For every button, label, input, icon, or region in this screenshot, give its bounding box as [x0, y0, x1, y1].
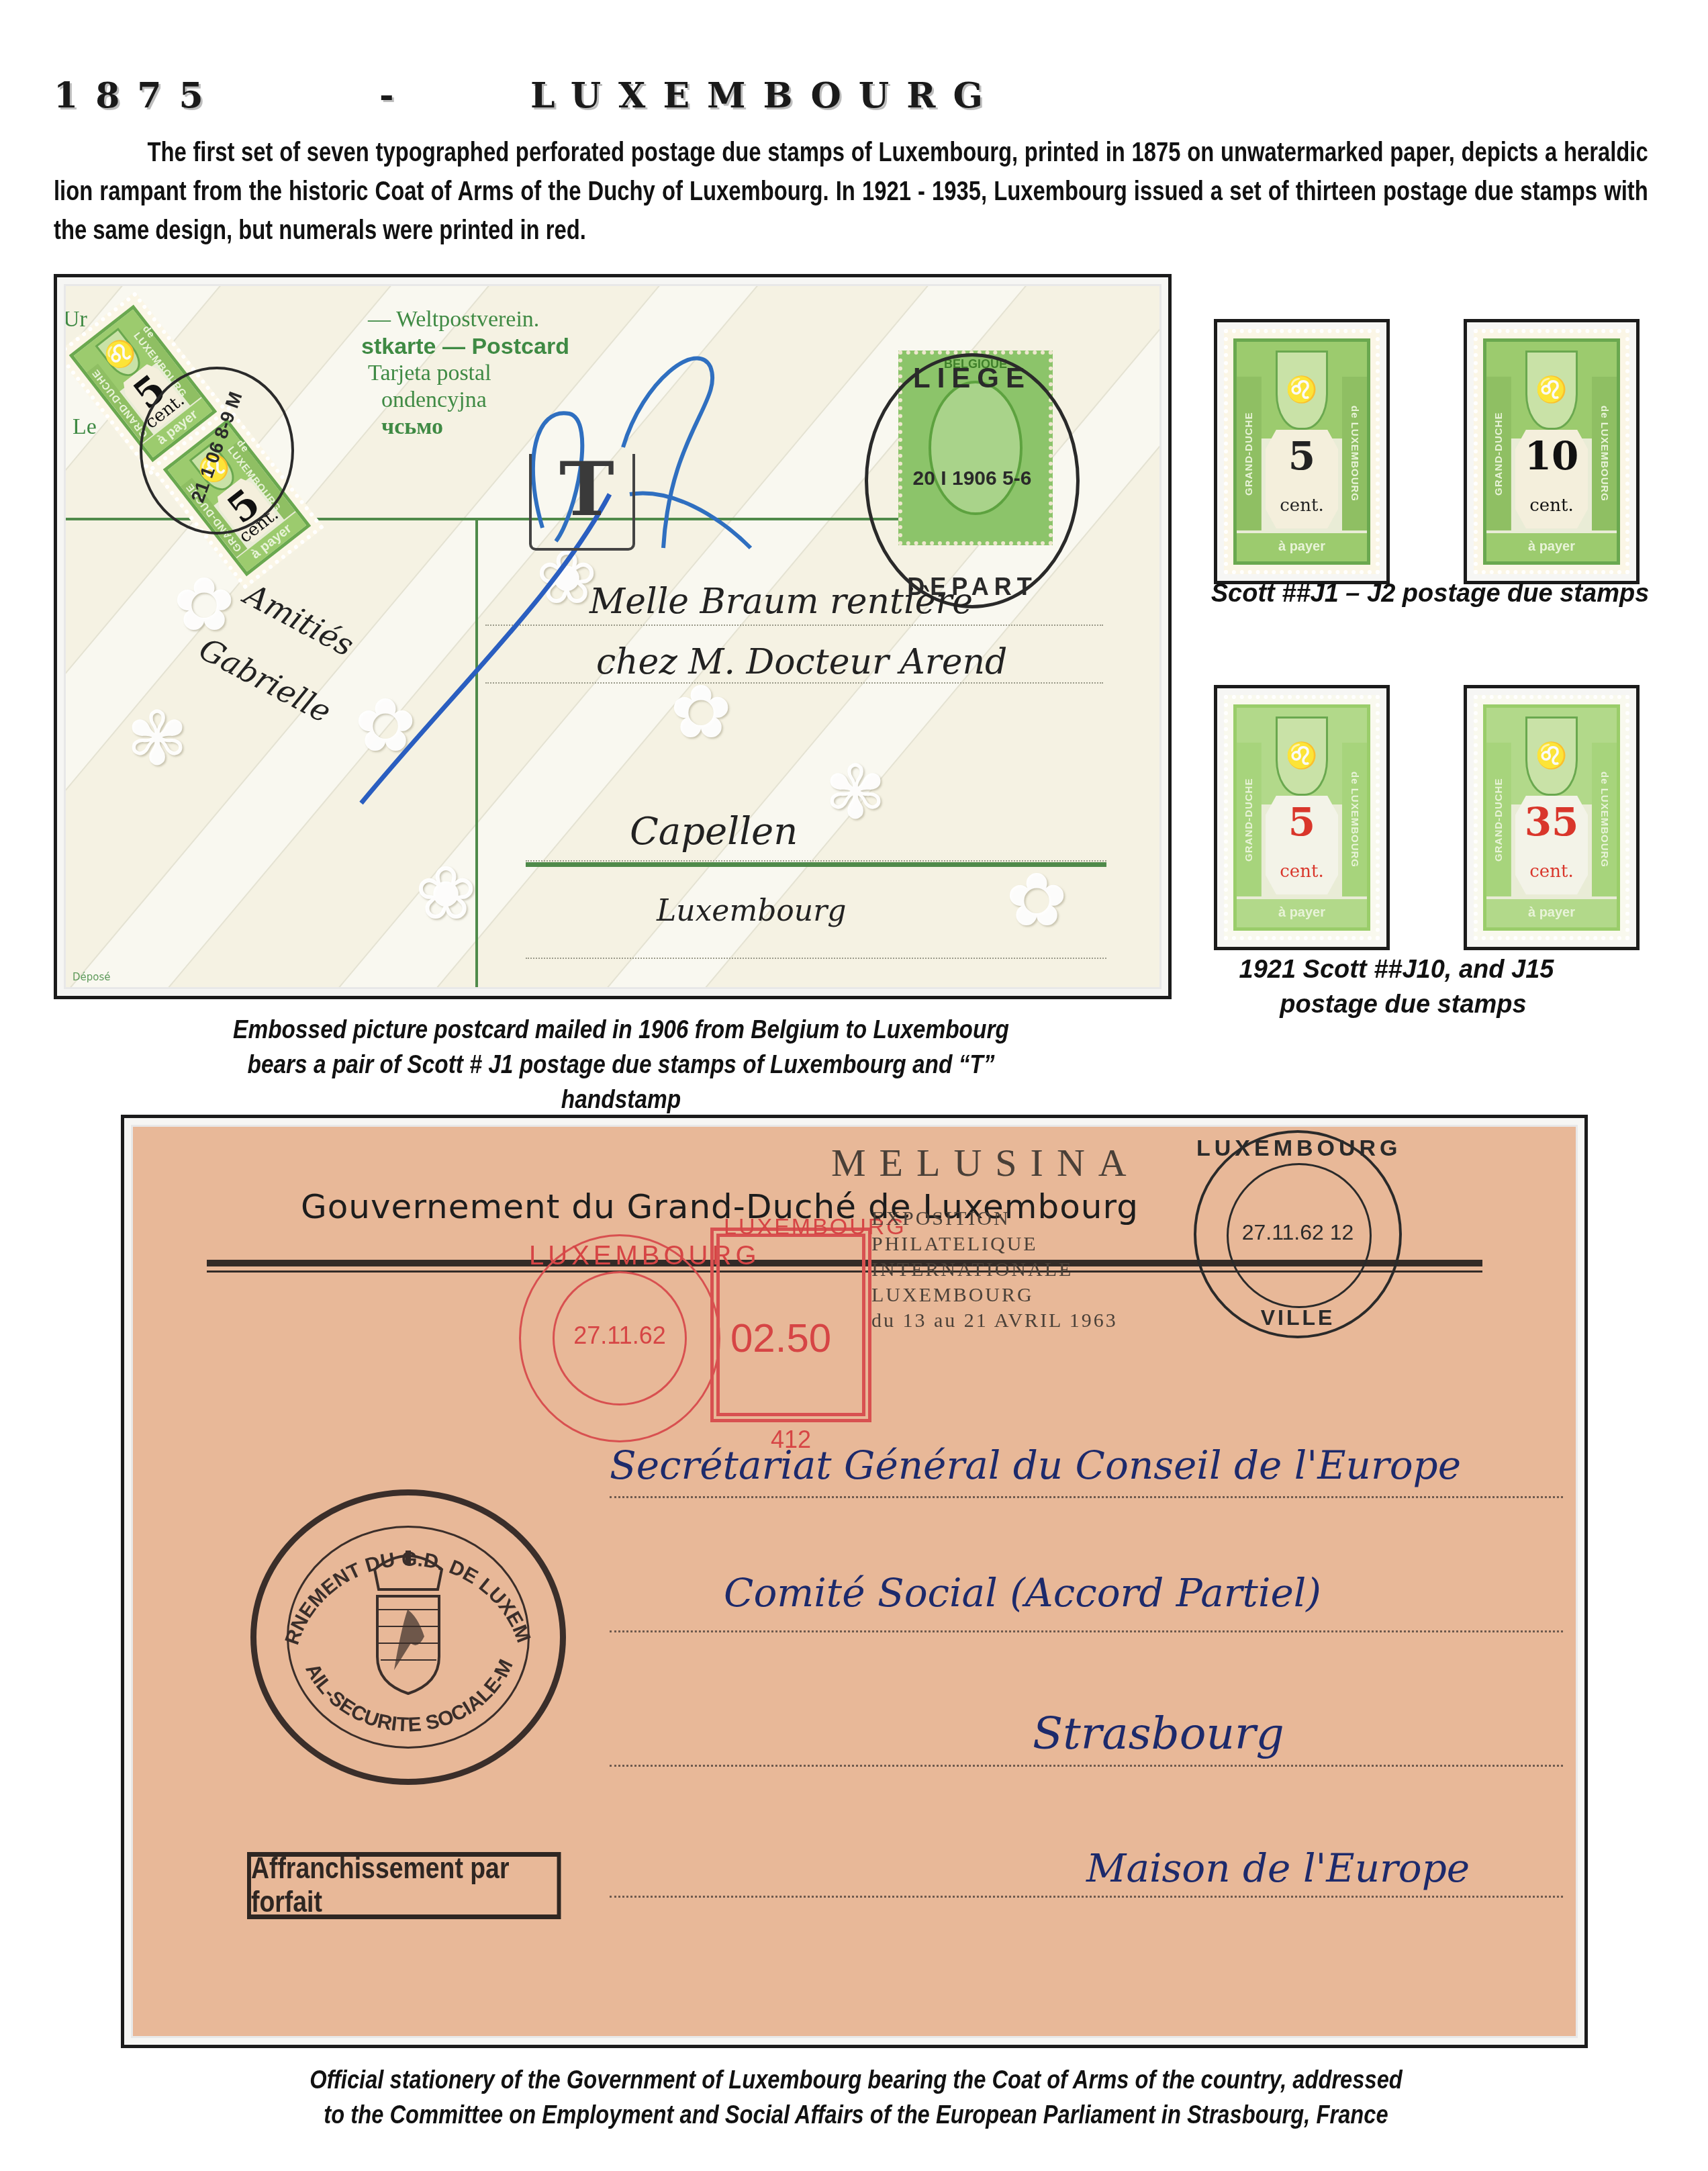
stamp-value: 5: [1237, 802, 1367, 841]
stamp-unit: cent.: [1237, 862, 1367, 882]
embossed-flower-icon: ✿: [173, 568, 235, 642]
embossed-flower-icon: ✿: [670, 676, 732, 749]
stamp-unit: cent.: [1486, 862, 1617, 882]
stamp-unit: cent.: [1486, 496, 1617, 516]
address-line-green: [526, 862, 1106, 867]
embossed-flower-icon: ✾: [126, 702, 188, 776]
stamp-label: à payer: [1237, 899, 1367, 928]
envelope-address-line-2: Comité Social (Accord Partiel): [724, 1570, 1321, 1616]
meter-value: 02.50: [730, 1315, 831, 1361]
svg-text:GOUVERNEMENT DU G.D. DE LUXEMB: GOUVERNEMENT DU G.D. DE LUXEMBOURG: [256, 1495, 534, 1648]
luxembourg-ville-postmark: LUXEMBOURG 27.11.62 12 VILLE: [1194, 1130, 1402, 1338]
seal-text-ring: GOUVERNEMENT DU G.D. DE LUXEMBOURG TRAVA…: [256, 1495, 560, 1779]
slogan-text: EXPOSITION PHILATELIQUE INTERNATIONALE L…: [871, 1206, 1118, 1334]
envelope-address-line-4: Maison de l'Europe: [1086, 1845, 1470, 1891]
t-handstamp: T: [559, 446, 614, 533]
luxembourg-cancel-postmark: 21 1 06 8-9 M: [140, 367, 294, 535]
stamp-label: à payer: [1486, 899, 1617, 928]
address-line-4: Luxembourg: [657, 894, 846, 928]
stamp-mount-j1: ♌ GRAND-DUCHE de LUXEMBOURG 5 cent. à pa…: [1214, 319, 1390, 584]
message-line-1: Amitiés: [239, 576, 360, 663]
page-title-year: 1875: [54, 75, 221, 116]
envelope-mount: Gouvernement du Grand-Duché de Luxembour…: [121, 1115, 1588, 2048]
stamp-mount-j10: ♌ GRAND-DUCHE de LUXEMBOURG 5 cent. à pa…: [1214, 685, 1390, 950]
address-line-3: Capellen: [630, 810, 798, 853]
stamps-1921-caption-line-1: 1921 Scott ##J10, and J15: [1208, 952, 1584, 987]
stamp-j10: ♌ GRAND-DUCHE de LUXEMBOURG 5 cent. à pa…: [1224, 695, 1380, 940]
stamp-j1: ♌ GRAND-DUCHE de LUXEMBOURG 5 cent. à pa…: [1224, 329, 1380, 574]
pc-header-3: Tarjeta postal: [368, 359, 491, 388]
slogan-line: EXPOSITION: [871, 1206, 1118, 1232]
address-line: [526, 958, 1106, 959]
stamps-1921-caption-line-2: postage due stamps: [1208, 987, 1584, 1022]
address-dotted-line: [610, 1630, 1563, 1632]
liege-postmark: LIEGE 20 I 1906 5-6 DEPART: [865, 353, 1080, 608]
address-dotted-line: [610, 1896, 1563, 1898]
stamp-value: 5: [1237, 436, 1367, 475]
cancel-date: 21 1 06 8-9 M: [181, 373, 252, 521]
stamp-j2: ♌ GRAND-DUCHE de LUXEMBOURG 10 cent. à p…: [1474, 329, 1629, 574]
postcard-caption: Embossed picture postcard mailed in 1906…: [187, 1013, 1055, 1117]
stamp-label: à payer: [1237, 533, 1367, 562]
lion-crest-icon: ♌: [1525, 717, 1578, 796]
postcard-caption-line-1: Embossed picture postcard mailed in 1906…: [187, 1013, 1055, 1048]
slogan-line: LUXEMBOURG: [871, 1283, 1118, 1308]
stamps-1875-caption: Scott ##J1 – J2 postage due stamps: [1195, 576, 1665, 611]
pc-header-4: ondenсyjna: [381, 385, 487, 415]
postmark-ville: VILLE: [1196, 1305, 1399, 1330]
stamps-1921-caption: 1921 Scott ##J10, and J15 postage due st…: [1208, 952, 1584, 1022]
address-line-1: Melle Braum rentière: [589, 582, 973, 622]
embossed-flower-icon: ✾: [824, 756, 886, 830]
slogan-line: PHILATELIQUE: [871, 1232, 1118, 1257]
envelope-caption: Official stationery of the Government of…: [293, 2063, 1419, 2133]
stamp-j15: ♌ GRAND-DUCHE de LUXEMBOURG 35 cent. à p…: [1474, 695, 1629, 940]
meter-date: 27.11.62: [553, 1322, 687, 1350]
slogan-title: MELUSINA: [831, 1140, 1140, 1185]
franking-box: Affranchissement par forfait: [247, 1852, 561, 1919]
embossed-flower-icon: ❀: [415, 857, 477, 931]
stamp-mount-j15: ♌ GRAND-DUCHE de LUXEMBOURG 35 cent. à p…: [1464, 685, 1640, 950]
stamp-value: 35: [1486, 802, 1617, 841]
lion-crest-icon: ♌: [1276, 717, 1328, 796]
postcard-mount: ✿ ✾ ✿ ❀ ✿ ✾ ✿ ❀ Ur — Weltpostverein. stk…: [54, 274, 1172, 999]
pc-header-1-left: Ur: [64, 305, 87, 334]
intro-text: The first set of seven typographed perfo…: [54, 138, 1648, 245]
address-dotted-line: [610, 1765, 1563, 1767]
pc-header-5-left: Le: [73, 412, 97, 442]
postcard: ✿ ✾ ✿ ❀ ✿ ✾ ✿ ❀ Ur — Weltpostverein. stk…: [64, 284, 1161, 989]
postmark-city: LIEGE: [868, 362, 1076, 394]
address-dotted-line: [610, 1496, 1563, 1498]
embossed-flower-icon: ✿: [1006, 864, 1067, 937]
meter-city: LUXEMBOURG: [529, 1241, 717, 1271]
stamp-value: 10: [1486, 436, 1617, 475]
envelope-address-line-3: Strasbourg: [1033, 1708, 1284, 1759]
postmark-date: 20 I 1906 5-6: [868, 467, 1076, 490]
lion-crest-icon: ♌: [1525, 351, 1578, 430]
stamp-mount-j2: ♌ GRAND-DUCHE de LUXEMBOURG 10 cent. à p…: [1464, 319, 1640, 584]
envelope-address-line-1: Secrétariat Général du Conseil de l'Euro…: [610, 1442, 1461, 1488]
stamp-label: à payer: [1486, 533, 1617, 562]
slogan-line: INTERNATIONALE: [871, 1257, 1118, 1283]
address-line: [526, 860, 1106, 862]
publisher-mark: Déposé: [73, 971, 111, 983]
stamp-unit: cent.: [1237, 496, 1367, 516]
government-seal: GOUVERNEMENT DU G.D. DE LUXEMBOURG TRAVA…: [250, 1489, 566, 1785]
postmark-city: LUXEMBOURG: [1196, 1136, 1399, 1162]
slogan-line: du 13 au 21 AVRIL 1963: [871, 1308, 1118, 1334]
postcard-caption-line-2: bears a pair of Scott # J1 postage due s…: [187, 1048, 1055, 1117]
intro-paragraph: The first set of seven typographed perfo…: [54, 133, 1648, 250]
page-title-country: LUXEMBOURG: [530, 75, 1000, 116]
lion-crest-icon: ♌: [1276, 351, 1328, 430]
envelope-caption-line-1: Official stationery of the Government of…: [293, 2063, 1419, 2098]
envelope-caption-line-2: to the Committee on Employment and Socia…: [293, 2098, 1419, 2133]
postmark-date: 27.11.62 12: [1196, 1220, 1399, 1245]
page-title-dash: -: [379, 75, 412, 116]
pc-header-5: чсьмо: [381, 412, 443, 442]
envelope: Gouvernement du Grand-Duché de Luxembour…: [131, 1125, 1578, 2038]
address-line-2: chez M. Docteur Arend: [596, 642, 1007, 682]
